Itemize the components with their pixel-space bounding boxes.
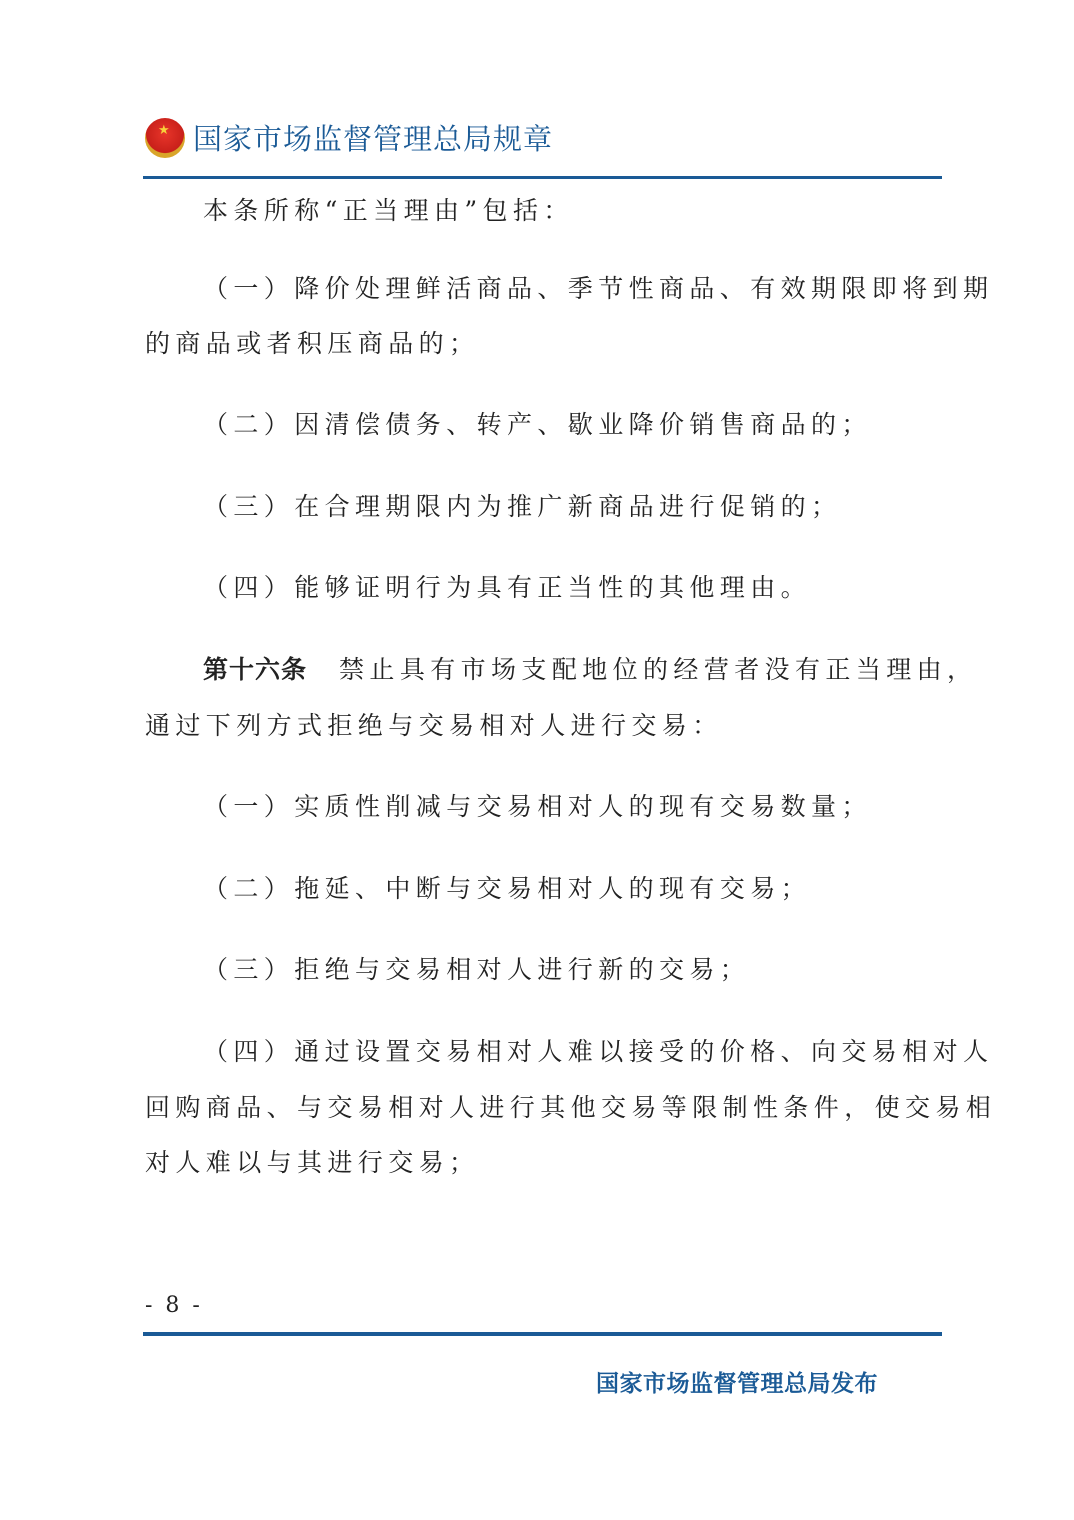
footer-divider bbox=[143, 1332, 942, 1336]
paragraph: （一）实质性削减与交易相对人的现有交易数量； bbox=[145, 794, 945, 820]
paragraph-line: 的商品或者积压商品的； bbox=[145, 331, 945, 357]
paragraph: （三）拒绝与交易相对人进行新的交易； bbox=[145, 957, 945, 983]
paragraph-line: 禁止具有市场支配地位的经营者没有正当理由， bbox=[339, 655, 977, 684]
paragraph: （二）拖延、中断与交易相对人的现有交易； bbox=[145, 876, 945, 902]
footer-publisher: 国家市场监督管理总局发布 bbox=[596, 1365, 878, 1398]
paragraph-line: 通过下列方式拒绝与交易相对人进行交易： bbox=[145, 713, 945, 739]
paragraph-line: （四）通过设置交易相对人难以接受的价格、向交易相对人 bbox=[145, 1039, 945, 1065]
document-header: 国家市场监督管理总局规章 bbox=[145, 117, 553, 158]
page-number: - 8 - bbox=[145, 1293, 203, 1318]
header-divider bbox=[143, 176, 942, 179]
paragraph: （二）因清偿债务、转产、歇业降价销售商品的； bbox=[145, 412, 945, 438]
paragraph: 本条所称“正当理由”包括： bbox=[145, 198, 945, 224]
paragraph: （三）在合理期限内为推广新商品进行促销的； bbox=[145, 494, 945, 520]
article-paragraph: 第十六条禁止具有市场支配地位的经营者没有正当理由， bbox=[203, 657, 1003, 683]
paragraph-line: （一）降价处理鲜活商品、季节性商品、有效期限即将到期 bbox=[145, 276, 945, 302]
paragraph-line: 回购商品、与交易相对人进行其他交易等限制性条件，使交易相 bbox=[145, 1095, 945, 1121]
header-title: 国家市场监督管理总局规章 bbox=[193, 117, 553, 158]
paragraph-line: 对人难以与其进行交易； bbox=[145, 1150, 945, 1176]
article-number: 第十六条 bbox=[203, 655, 307, 684]
paragraph: （四）能够证明行为具有正当性的其他理由。 bbox=[145, 575, 945, 601]
national-emblem-icon bbox=[145, 118, 185, 158]
